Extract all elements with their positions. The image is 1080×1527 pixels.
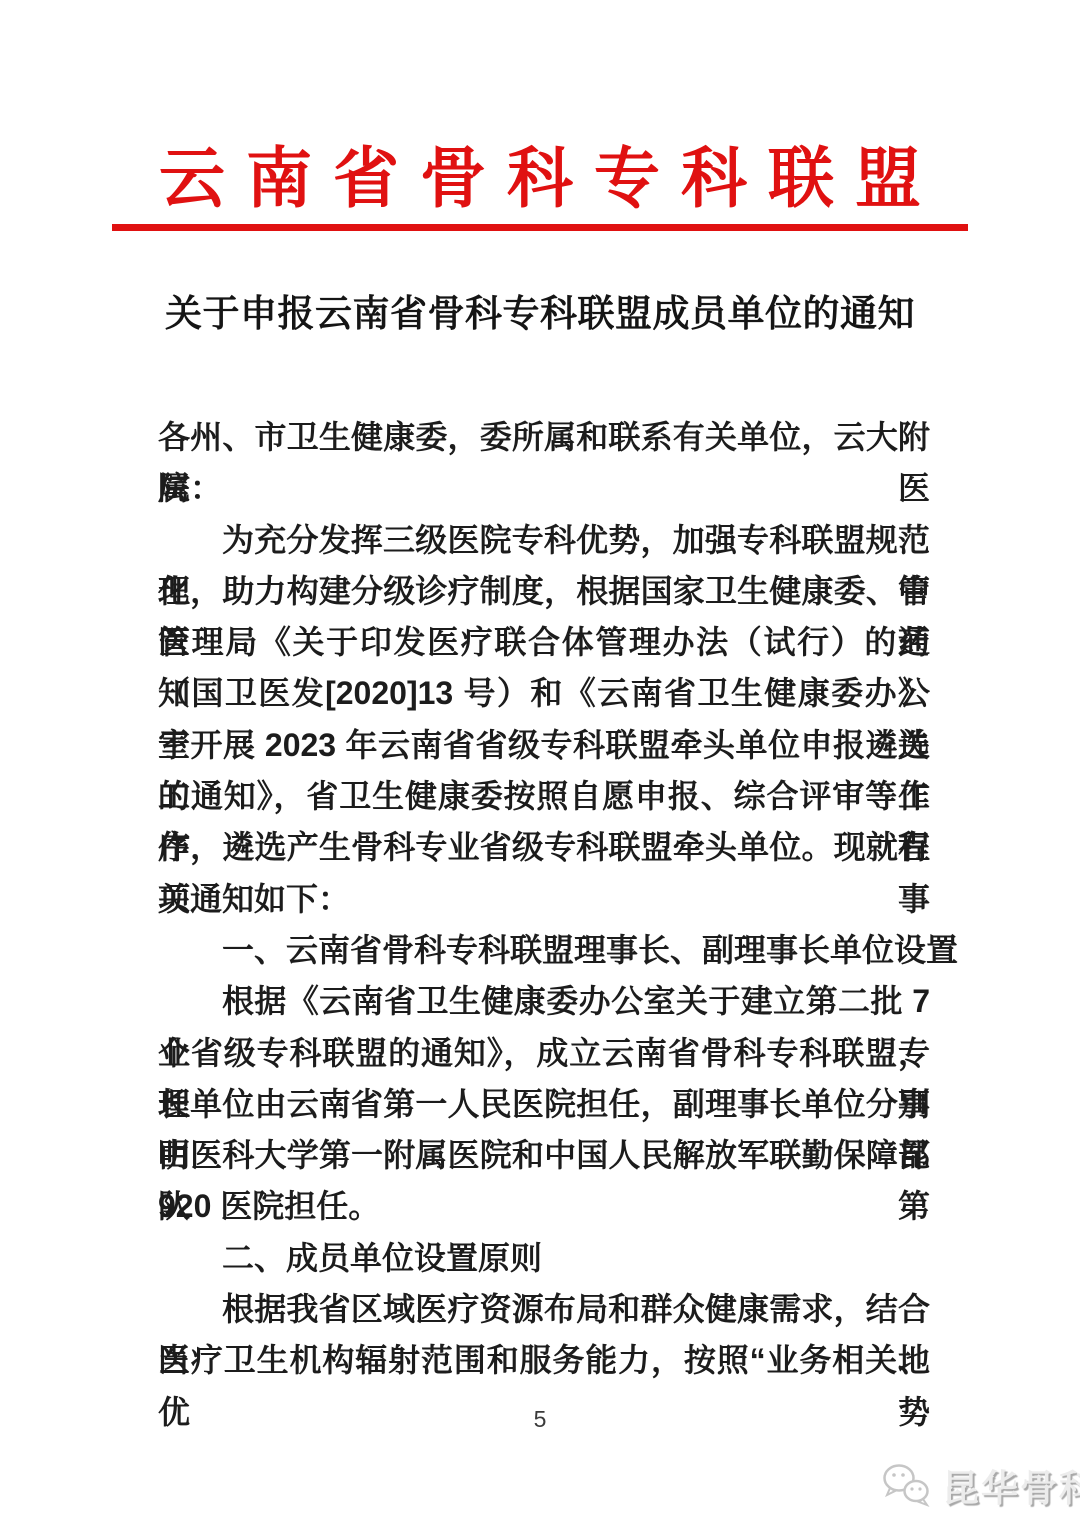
page-number: 5 <box>0 1406 1080 1433</box>
body-line-section-2: 二、成员单位设置原则 <box>158 1233 930 1284</box>
wechat-watermark: 昆华骨科 <box>880 1458 1080 1512</box>
body-line: 长单位由云南省第一人民医院担任，副理事长单位分别由昆 <box>158 1079 930 1130</box>
masthead: 云南省骨科专科联盟 <box>0 140 1080 220</box>
body-line: 各州、市卫生健康委，委所属和联系有关单位，云大附属医 <box>158 412 930 463</box>
masthead-underline <box>112 224 968 231</box>
body-line: 根据我省区域医疗资源布局和群众健康需求，结合当地 <box>158 1284 930 1335</box>
watermark-label: 昆华骨科 <box>942 1458 1080 1512</box>
body-line: 于开展 2023 年云南省省级专科联盟牵头单位申报遴选工作 <box>158 720 930 771</box>
wechat-icon <box>880 1462 932 1508</box>
body-line: （国卫医发[2020]13 号）和《云南省卫生健康委办公室关 <box>158 668 930 719</box>
body-line: 的通知》，省卫生健康委按照自愿申报、综合评审等工作程 <box>158 771 930 822</box>
masthead-title: 云南省骨科专科联盟 <box>0 140 1080 220</box>
body-line: 根据《云南省卫生健康委办公室关于建立第二批 7 个专 <box>158 976 930 1027</box>
notice-body: 各州、市卫生健康委，委所属和联系有关单位，云大附属医 院： 为充分发挥三级医院专… <box>158 412 930 1387</box>
body-line: 管理局《关于印发医疗联合体管理办法（试行）的通知》 <box>158 617 930 668</box>
body-line: 明医科大学第一附属医院和中国人民解放军联勤保障部队第 <box>158 1130 930 1181</box>
body-line: 业省级专科联盟的通知》，成立云南省骨科专科联盟，理事 <box>158 1028 930 1079</box>
notice-heading: 关于申报云南省骨科专科联盟成员单位的通知 <box>0 288 1080 340</box>
document-page: 云南省骨科专科联盟 关于申报云南省骨科专科联盟成员单位的通知 各州、市卫生健康委… <box>0 0 1080 1527</box>
body-line: 为充分发挥三级医院专科优势，加强专科联盟规范化管 <box>158 515 930 566</box>
body-line: 医疗卫生机构辐射范围和服务能力，按照“业务相关、优势 <box>158 1335 930 1386</box>
body-line-section-1: 一、云南省骨科专科联盟理事长、副理事长单位设置 <box>158 925 930 976</box>
body-line: 序，遴选产生骨科专业省级专科联盟牵头单位。现就有关事 <box>158 822 930 873</box>
body-line: 理，助力构建分级诊疗制度，根据国家卫生健康委、中医药 <box>158 566 930 617</box>
